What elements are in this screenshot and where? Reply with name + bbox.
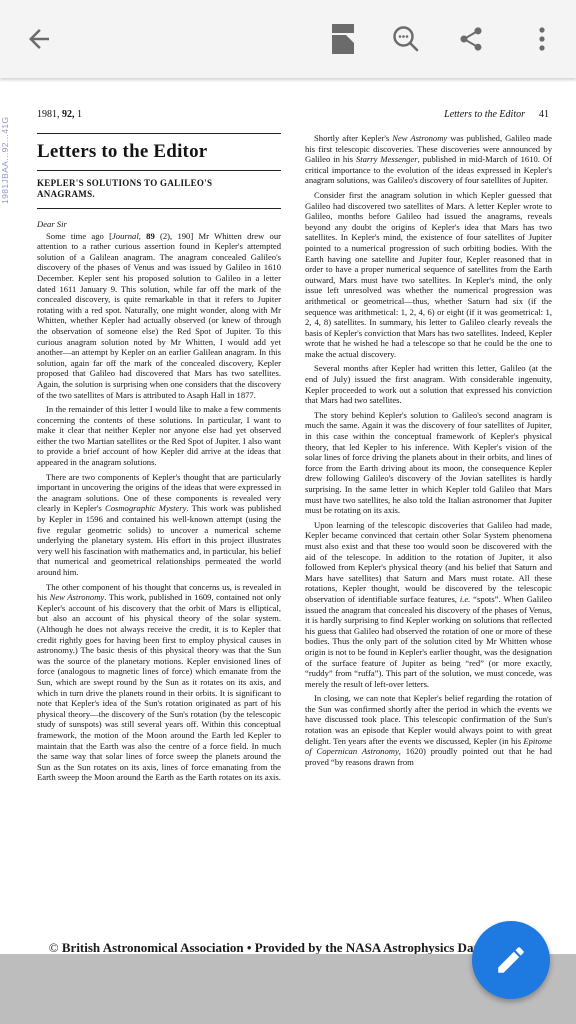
volume: 92, <box>62 109 75 120</box>
divider <box>37 208 281 209</box>
salutation: Dear Sir <box>37 219 281 230</box>
credit-text: British Astronomical Association • Provi… <box>62 940 527 954</box>
running-title: Letters to the Editor <box>444 109 525 120</box>
bibcode-margin-label: 1981JBAA...92...41G <box>0 84 18 204</box>
back-button[interactable] <box>20 20 58 58</box>
article-title: KEPLER'S SOLUTIONS TO GALILEO'S ANAGRAMS… <box>37 171 281 208</box>
left-column: Letters to the Editor KEPLER'S SOLUTIONS… <box>37 133 281 787</box>
paragraph: In closing, we can note that Kepler's be… <box>305 693 552 767</box>
page-number: 41 <box>539 109 549 120</box>
more-options-button[interactable] <box>523 20 561 58</box>
issue: 1 <box>77 109 82 120</box>
right-column: Shortly after Kepler's New Astronomy was… <box>305 133 552 771</box>
copyright-symbol: © <box>49 940 59 954</box>
article-title-line: KEPLER'S SOLUTIONS TO GALILEO'S <box>37 178 281 189</box>
paragraph: In the remainder of this letter I would … <box>37 404 281 468</box>
edit-fab-button[interactable] <box>472 921 550 999</box>
reflow-page-icon <box>332 24 354 54</box>
pencil-edit-icon <box>494 943 528 977</box>
more-vert-icon <box>538 25 546 53</box>
paragraph: Shortly after Kepler's New Astronomy was… <box>305 133 552 186</box>
find-in-page-button[interactable] <box>387 20 425 58</box>
paragraph: There are two components of Kepler's tho… <box>37 472 281 578</box>
reflow-button[interactable] <box>324 20 362 58</box>
document-page[interactable]: 1981JBAA...92...41G 1981, 92, 1 Letters … <box>0 78 576 954</box>
paragraph: Some time ago [Journal, 89 (2), 190] Mr … <box>37 231 281 401</box>
search-in-document-icon <box>391 24 421 54</box>
running-head-left: 1981, 92, 1 <box>37 109 82 120</box>
paragraph: Upon learning of the telescopic discover… <box>305 520 552 690</box>
year: 1981, <box>37 109 60 120</box>
section-title: Letters to the Editor <box>37 134 281 170</box>
share-icon <box>457 25 485 53</box>
share-button[interactable] <box>452 20 490 58</box>
paragraph: Consider first the anagram solution in w… <box>305 190 552 360</box>
app-bar <box>0 0 576 78</box>
paragraph: The other component of his thought that … <box>37 582 281 783</box>
article-title-line: ANAGRAMS <box>37 189 92 199</box>
arrow-left-icon <box>24 24 54 54</box>
paragraph: Several months after Kepler had written … <box>305 363 552 405</box>
running-head-right: Letters to the Editor41 <box>444 109 549 120</box>
paragraph: The story behind Kepler's solution to Ga… <box>305 410 552 516</box>
